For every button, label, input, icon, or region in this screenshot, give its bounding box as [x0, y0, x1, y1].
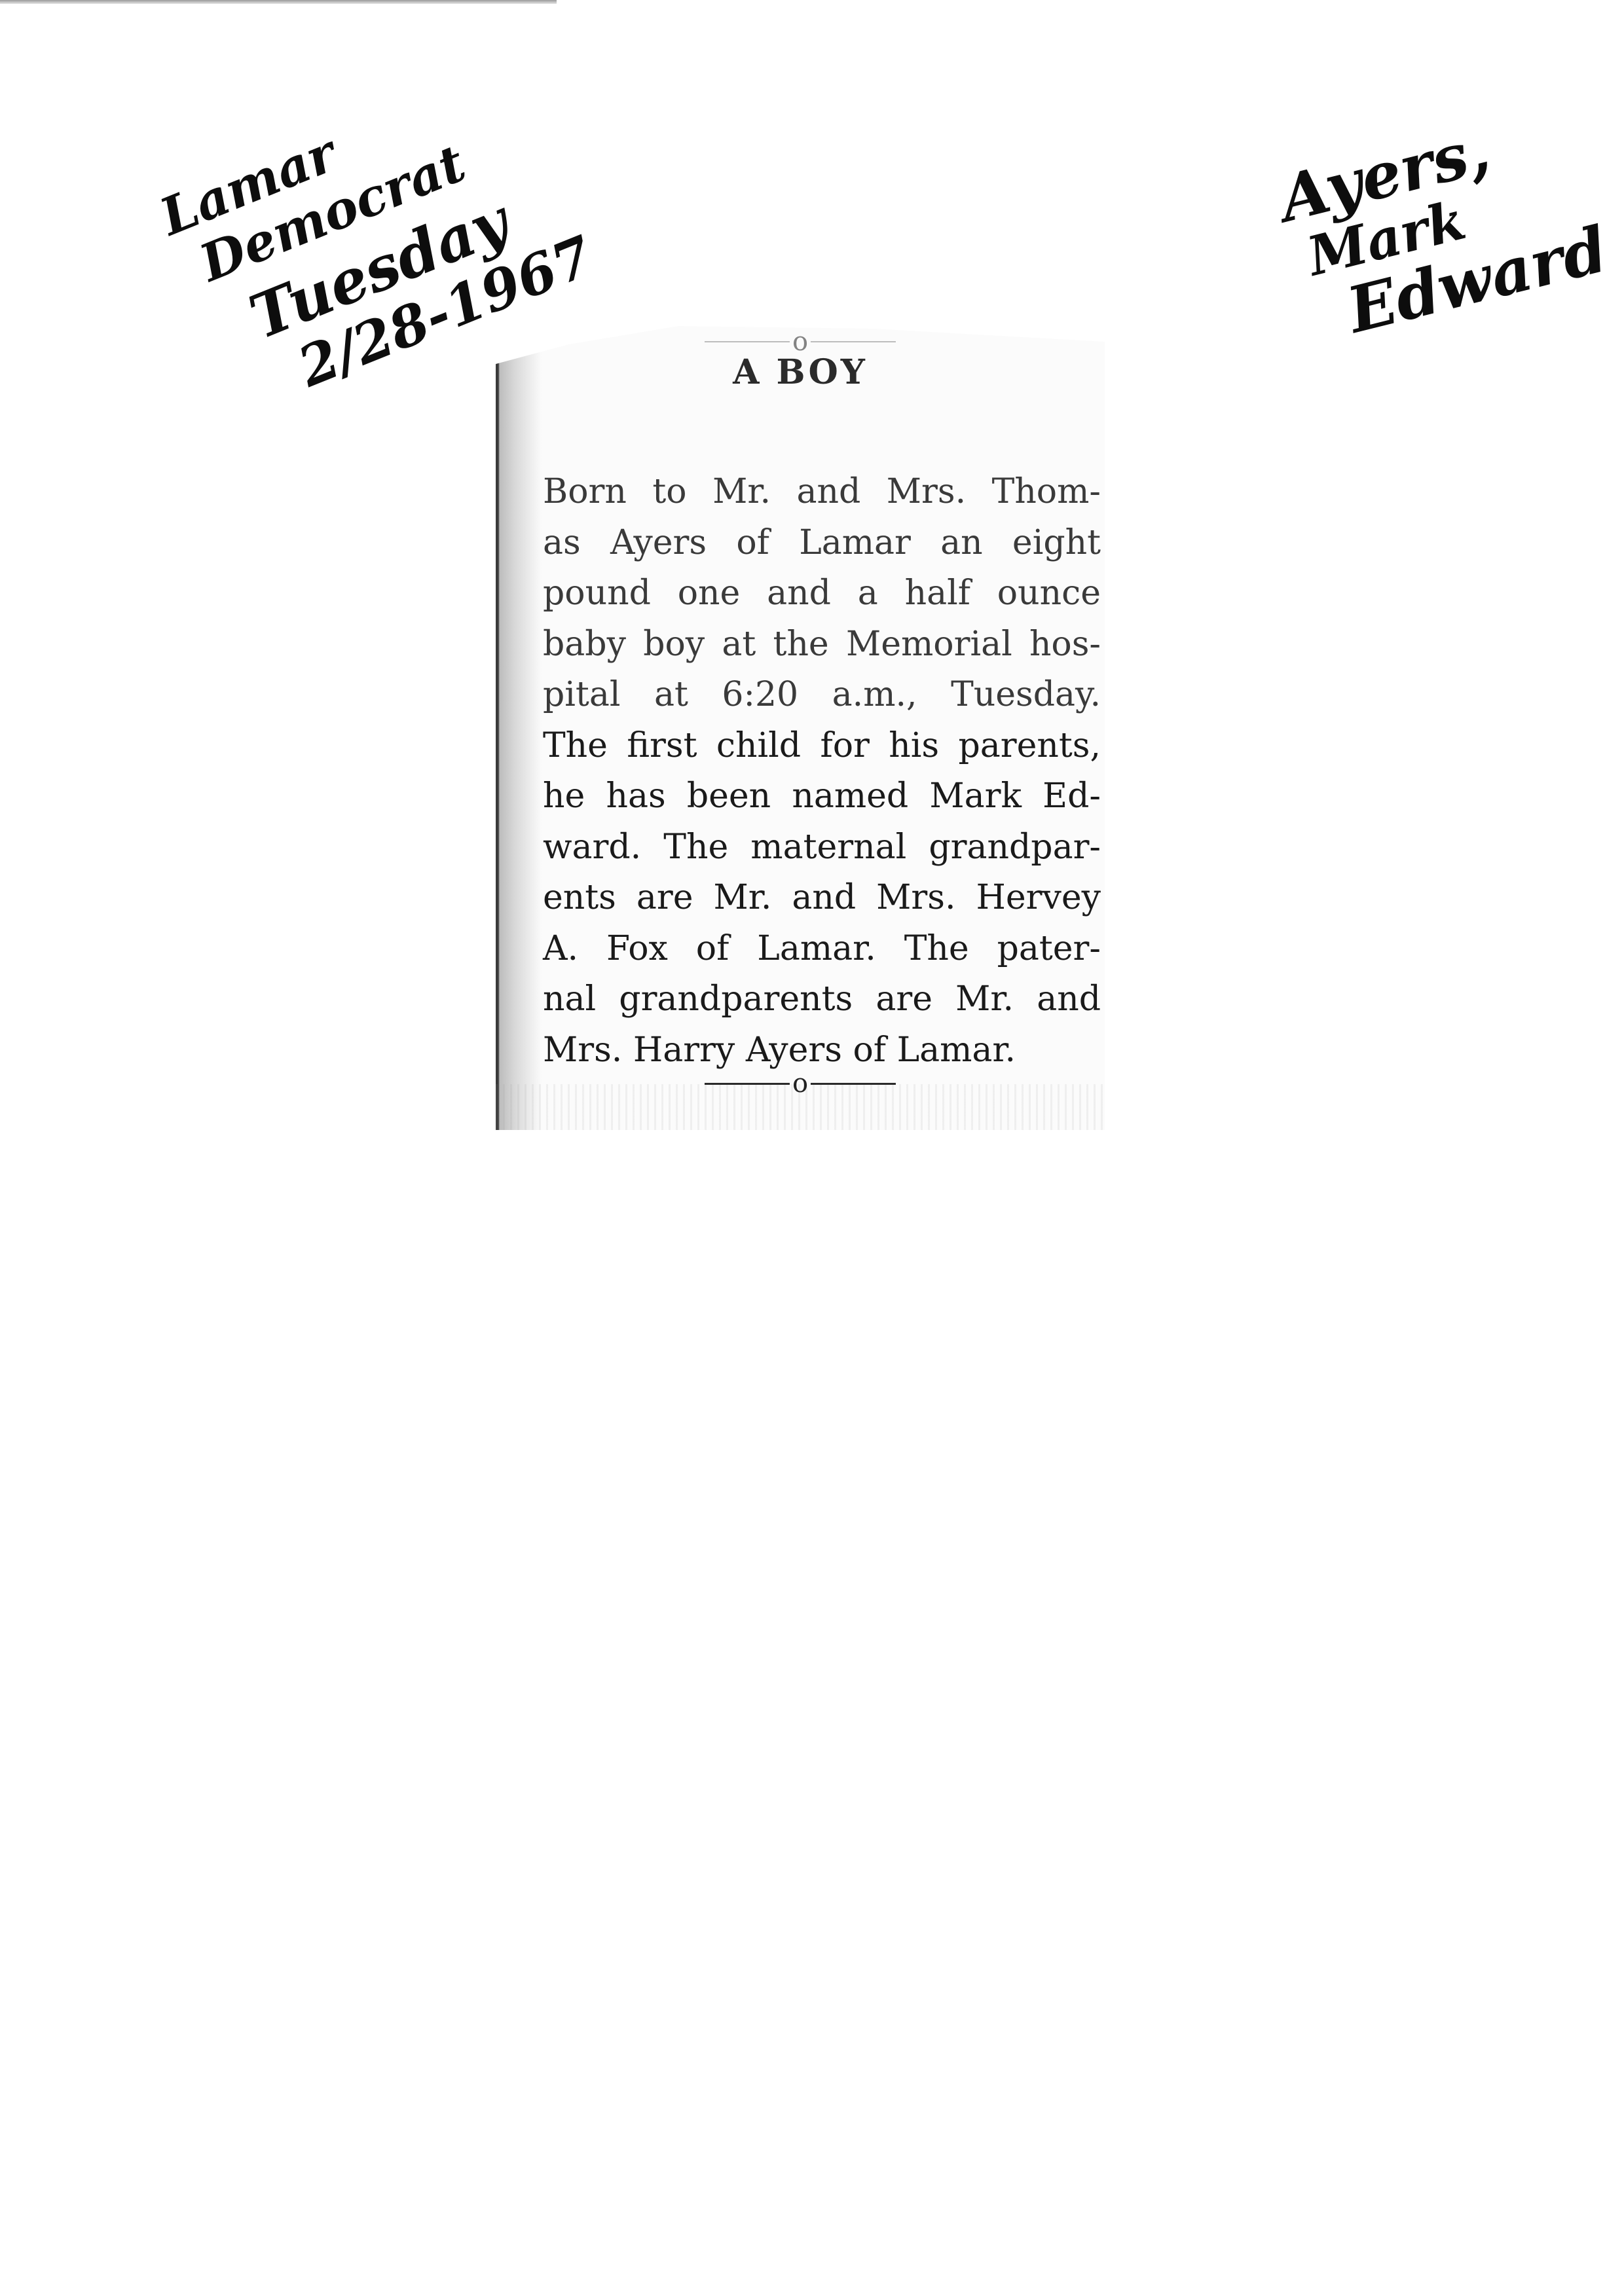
clipping-edge-shadow [496, 326, 542, 1130]
article-body: Born to Mr. and Mrs. Thom- as Ayers of L… [543, 467, 1101, 1076]
article-line: nal grandparents are Mr. and [543, 974, 1101, 1025]
top-divider: o [705, 329, 896, 355]
article-line: pound one and a half ounce [543, 568, 1101, 619]
article-line: The first child for his parents, [543, 721, 1101, 772]
article-line: ward. The maternal grandpar- [543, 822, 1101, 873]
article-line: as Ayers of Lamar an eight [543, 518, 1101, 569]
handwritten-name-note: Ayers, Mark Edward [1274, 97, 1613, 352]
article-line: ents are Mr. and Mrs. Hervey [543, 873, 1101, 924]
article-line: pital at 6:20 a.m., Tuesday. [543, 670, 1101, 721]
scan-top-edge [0, 0, 557, 4]
article-line: Mrs. Harry Ayers of Lamar. [543, 1025, 1101, 1076]
article-line: baby boy at the Memorial hos- [543, 619, 1101, 670]
article-line: A. Fox of Lamar. The pater- [543, 924, 1101, 975]
article-line: Born to Mr. and Mrs. Thom- [543, 467, 1101, 518]
article-line: he has been named Mark Ed- [543, 771, 1101, 822]
newspaper-clipping: o A BOY Born to Mr. and Mrs. Thom- as Ay… [496, 326, 1105, 1130]
headline: A BOY [496, 352, 1105, 392]
bottom-divider: o [705, 1070, 896, 1097]
